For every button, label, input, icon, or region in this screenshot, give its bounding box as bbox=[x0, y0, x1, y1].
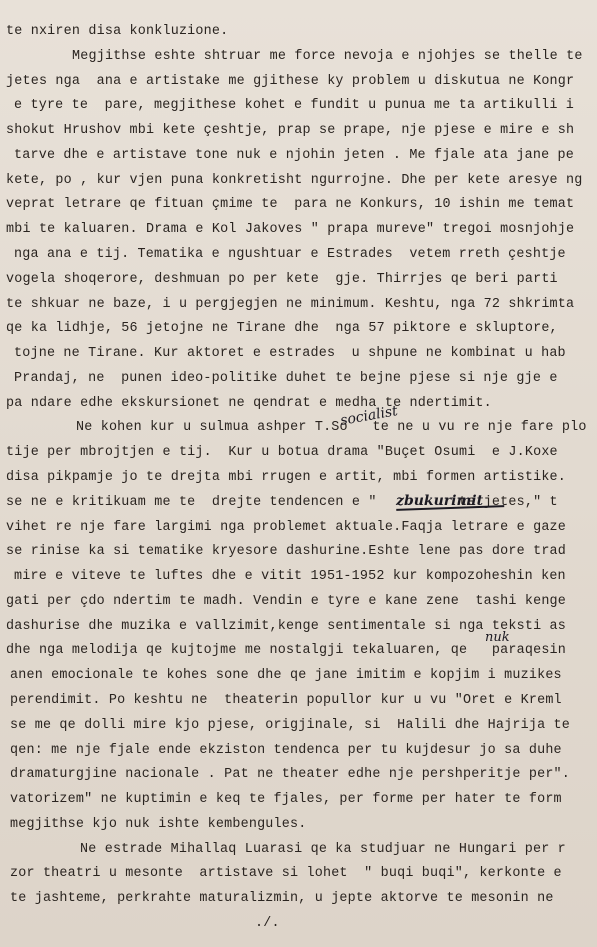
text-line: dramaturgjine nacionale . Pat ne theater… bbox=[10, 767, 570, 783]
text-line: vatorizem" ne kuptimin e keq te fjales, … bbox=[10, 792, 562, 808]
text-line: Ne estrade Mihallaq Luarasi qe ka studju… bbox=[80, 842, 566, 858]
text-line: megjithse kjo nuk ishte kembengules. bbox=[10, 817, 307, 833]
text-line: shokut Hrushov mbi kete çeshtje, prap se… bbox=[6, 123, 574, 139]
text-line: Megjithse eshte shtruar me force nevoja … bbox=[72, 49, 583, 65]
text-line: pa ndare edhe ekskursionet ne qendrat e … bbox=[6, 396, 492, 412]
page-end-mark: ./. bbox=[255, 916, 280, 932]
text-line: jetes nga ana e artistake me gjithese ky… bbox=[6, 74, 574, 90]
text-line: mbi te kaluaren. Drama e Kol Jakoves " p… bbox=[6, 222, 574, 238]
text-line: mire e viteve te luftes dhe e vitit 1951… bbox=[14, 569, 566, 585]
text-line: Prandaj, ne punen ideo-politike duhet te… bbox=[14, 371, 558, 387]
text-line: anen emocionale te kohes sone dhe qe jan… bbox=[10, 668, 562, 684]
text-line: tarve dhe e artistave tone nuk e njohin … bbox=[14, 148, 574, 164]
text-line: disa pikpamje jo te drejta mbi rrugen e … bbox=[6, 470, 566, 486]
text-line: te shkuar ne baze, i u pergjegjen ne min… bbox=[6, 297, 574, 313]
scanned-typewritten-page: te nxiren disa konkluzione. Megjithse es… bbox=[0, 0, 597, 947]
text-line: se me qe dolli mire kjo pjese, origjinal… bbox=[10, 718, 570, 734]
text-line: nga ana e tij. Tematika e ngushtuar e Es… bbox=[14, 247, 566, 263]
text-line: tojne ne Tirane. Kur aktoret e estrades … bbox=[14, 346, 566, 362]
text-line: qen: me nje fjale ende ekziston tendenca… bbox=[10, 743, 562, 759]
text-line: Ne kohen kur u sulmua ashper T.So te ne … bbox=[76, 420, 587, 436]
text-line: vihet re nje fare largimi nga problemet … bbox=[6, 520, 566, 536]
handwritten-annotation-nuk: nuk bbox=[485, 630, 510, 645]
text-line: dhe nga melodija qe kujtojme me nostalgj… bbox=[6, 643, 566, 659]
text-line: dashurise dhe muzika e vallzimit,kenge s… bbox=[6, 619, 566, 635]
text-line: veprat letrare qe fituan çmime te para n… bbox=[6, 197, 574, 213]
text-line: se rinise ka si tematike kryesore dashur… bbox=[6, 544, 566, 560]
text-line: tije per mbrojtjen e tij. Kur u botua dr… bbox=[6, 445, 558, 461]
text-line: kete, po , kur vjen puna konkretisht ngu… bbox=[6, 173, 583, 189]
text-line: te jashteme, perkrahte maturalizmin, u j… bbox=[10, 891, 554, 907]
text-line: te nxiren disa konkluzione. bbox=[6, 24, 228, 40]
text-line: vogela shoqerore, deshmuan po per kete g… bbox=[6, 272, 558, 288]
text-line: qe ka lidhje, 56 jetojne ne Tirane dhe n… bbox=[6, 321, 558, 337]
text-line: zor theatri u mesonte artistave si lohet… bbox=[10, 866, 562, 882]
text-line: e tyre te pare, megjithese kohet e fundi… bbox=[14, 98, 574, 114]
text-line: gati per çdo ndertim te madh. Vendin e t… bbox=[6, 594, 566, 610]
text-line: perendimit. Po keshtu ne theaterin popul… bbox=[10, 693, 562, 709]
